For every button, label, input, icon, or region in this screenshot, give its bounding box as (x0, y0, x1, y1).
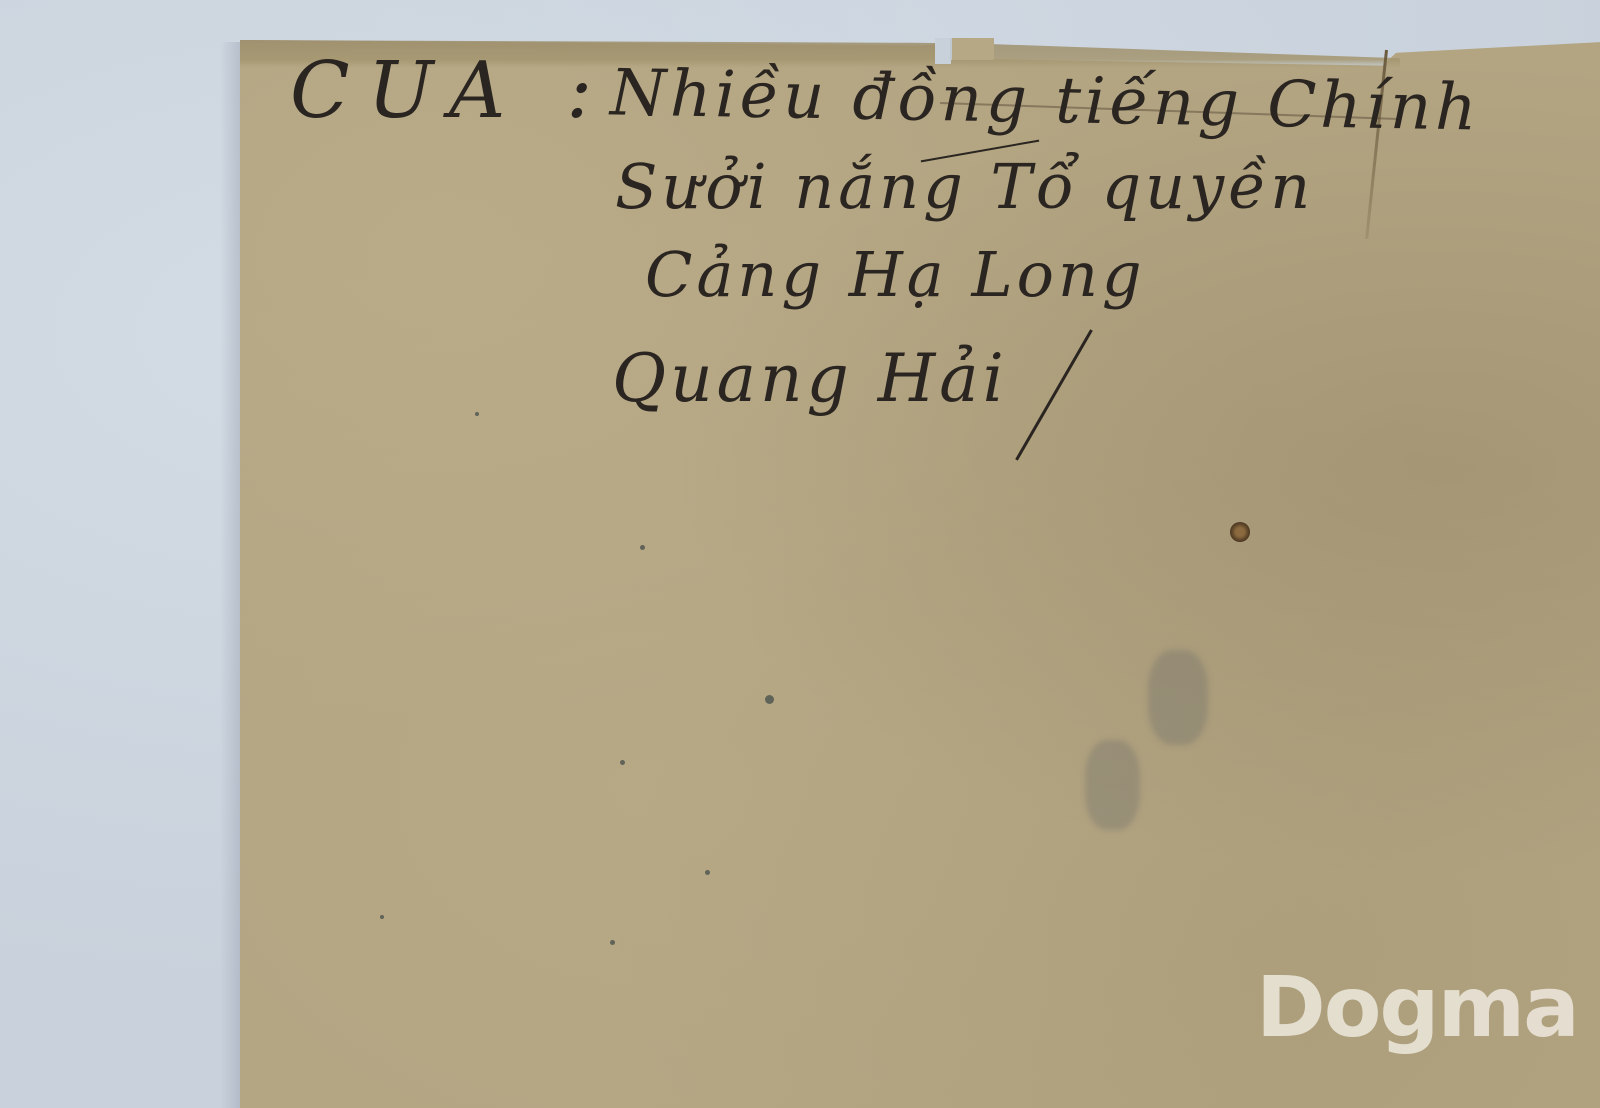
paper-tear-gap (935, 38, 951, 64)
paper-speck (475, 412, 479, 416)
paper-speck (610, 940, 615, 945)
paper-stain (1085, 740, 1140, 830)
paper-speck (640, 545, 645, 550)
handwritten-line: Sưởi nắng Tổ quyền (615, 150, 1314, 223)
handwritten-signature: Quang Hải (612, 340, 1008, 417)
handwritten-line: Cảng Hạ Long (645, 238, 1146, 311)
paper-speck (765, 695, 774, 704)
paper-speck (620, 760, 625, 765)
paper-speck (705, 870, 710, 875)
handwritten-line: Nhiều đồng tiếng Chính (609, 56, 1481, 145)
rust-spot (1230, 522, 1250, 542)
paper-tear-tab (950, 38, 994, 60)
paper-speck (380, 915, 384, 919)
dogma-watermark-logo: Dogma (1256, 958, 1578, 1056)
handwritten-label: CUA : (290, 46, 610, 136)
paper-stain (1148, 650, 1208, 745)
